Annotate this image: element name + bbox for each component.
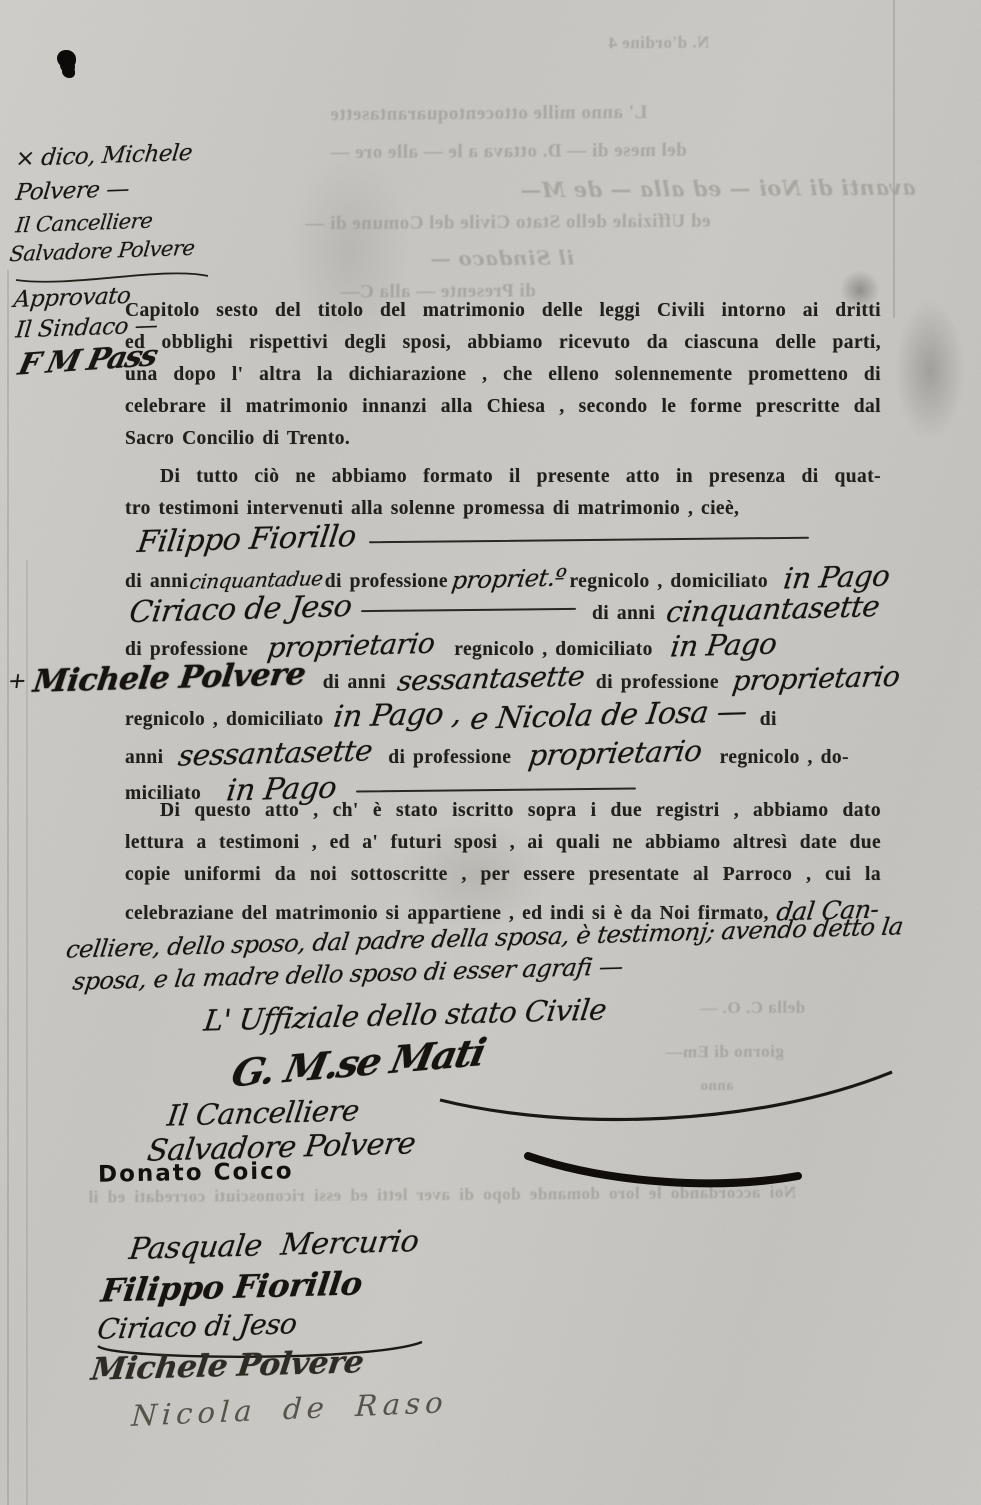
witness1-profession-handwritten: propriet.º <box>450 563 568 594</box>
witness-signature-polvere: Michele Polvere <box>89 1344 366 1388</box>
handwritten-dash <box>356 787 636 792</box>
witness-signature-fiorillo: Filippo Fiorillo <box>99 1264 364 1309</box>
body-line: Sacro Concilio di Trento. <box>125 428 350 450</box>
bleedthrough-fragment: della C. O. — <box>700 998 805 1019</box>
margin-note-cancelliere-label: Il Cancelliere <box>14 209 153 238</box>
printed-joiner: di <box>760 709 777 731</box>
body-line: lettura a testimoni , ed a' futuri sposi… <box>125 832 881 854</box>
witness1-name-handwritten: Filippo Fiorillo <box>135 519 358 560</box>
ink-smudge <box>895 300 965 440</box>
bleedthrough-order-number: N. d'ordine 4 <box>608 33 710 54</box>
witness3-domicile-row: regnicolo , domiciliato in Pago , e Nico… <box>125 698 777 733</box>
body-line: ed obblighi rispettivi degli sposi, abbi… <box>125 332 881 354</box>
printed-joiner: regnicolo , do- <box>720 747 849 769</box>
bleedthrough-line: del mese di — D. ottava a le — alle ore … <box>330 140 687 164</box>
body-line: tro testimoni intervenuti alla solenne p… <box>125 498 739 520</box>
scanned-marriage-act-page: N. d'ordine 4 L' anno mille ottocentoqua… <box>0 0 981 1505</box>
witness3-domicile-handwritten: in Pago , <box>331 696 463 735</box>
witness2-name-handwritten: Ciriaco de Jeso <box>127 589 353 630</box>
body-line: celebrare il matrimonio innanzi alla Chi… <box>125 396 881 418</box>
body-line: Di tutto ciò ne abbiamo formato il prese… <box>160 466 881 488</box>
bleedthrough-line: L' anno mille ottocentoquarantasette <box>330 102 647 126</box>
witness2-age-handwritten: cinquantasette <box>665 589 882 629</box>
printed-joiner: di anni <box>323 672 386 694</box>
margin-note-dico-line1: × dico, Michele <box>14 140 193 172</box>
crease-line <box>893 0 895 318</box>
witness3-age-handwritten: sessantasette <box>395 659 586 697</box>
printed-joiner: di professione <box>596 672 719 694</box>
bleedthrough-line: il Sindaco — <box>430 245 574 270</box>
printed-joiner: anni <box>125 747 163 769</box>
witness1-name-row: Filippo Fiorillo <box>138 522 809 557</box>
printed-joiner: di anni <box>125 571 188 593</box>
signature-flourish <box>430 1058 910 1128</box>
witness3-row: + Michele Polvere di anni sessantasette … <box>8 660 899 696</box>
witness-signature-coico: Donato Coico <box>98 1158 294 1187</box>
bleedthrough-line: avanti di Noi — ed alla — de M— <box>520 175 916 203</box>
witness2-domicile-handwritten: in Pago <box>668 627 778 664</box>
witness4-age-handwritten: sessantasette <box>177 733 375 772</box>
witness2-details-row: di professione proprietario regnicolo , … <box>125 628 776 662</box>
margin-cross-mark: + <box>6 669 27 694</box>
witness-signature-pasquale: Pasquale Mercurio <box>127 1224 421 1267</box>
witness3-name-handwritten: Michele Polvere <box>31 656 308 700</box>
official-title-handwritten: L' Uffiziale dello stato Civile <box>202 992 608 1037</box>
chancellor-title-handwritten: Il Cancelliere <box>165 1093 361 1132</box>
handwritten-dash <box>361 607 576 611</box>
body-line: copie uniformi da noi sottoscritte , per… <box>125 864 881 886</box>
printed-joiner: di professione <box>388 747 511 769</box>
signature-flourish-thick <box>520 1138 810 1194</box>
witness3-profession-handwritten: proprietario <box>731 660 902 698</box>
margin-note-approvato: Approvato <box>12 283 131 313</box>
page-edge-line <box>26 560 28 1505</box>
handwritten-dash <box>369 536 809 543</box>
witness4-profession-handwritten: proprietario <box>527 734 704 773</box>
page-fold-line <box>7 270 9 1505</box>
ink-blot <box>57 50 76 68</box>
printed-joiner: di anni <box>592 603 655 625</box>
printed-joiner: regnicolo , domiciliato <box>125 709 324 731</box>
witness2-name-row: Ciriaco de Jeso di anni cinquantasette <box>130 592 879 627</box>
witness4-name-handwritten: e Nicola de Iosa — <box>468 694 749 737</box>
printed-joiner: regnicolo , domiciliato <box>569 571 768 593</box>
body-line: Di questo atto , ch' è stato iscritto so… <box>160 800 881 822</box>
body-line: una dopo l' altra la dichiarazione , che… <box>125 364 881 386</box>
witness-signature-iosa: Nicola de Raso <box>130 1385 448 1433</box>
witness1-details-row: di anni cinquantadue di professione prop… <box>125 560 889 594</box>
witness4-details-row: anni sessantasette di professione propri… <box>125 736 849 770</box>
bleedthrough-line: ed Uffiziale dello Stato Civile del Comu… <box>305 211 711 236</box>
body-line: Capitolo sesto del titolo del matrimonio… <box>125 300 881 322</box>
printed-joiner: regnicolo , domiciliato <box>454 639 653 661</box>
margin-note-dico-line2: Polvere — <box>14 176 130 206</box>
